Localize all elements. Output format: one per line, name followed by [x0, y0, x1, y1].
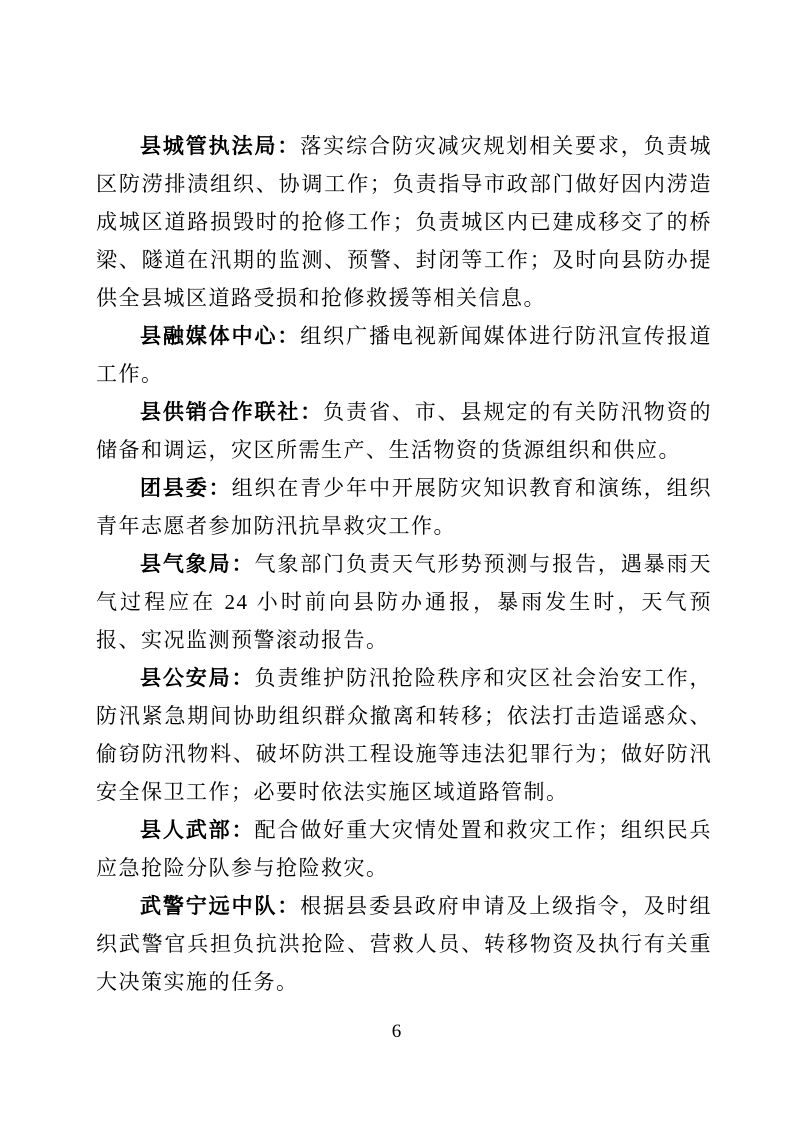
department-name: 武警宁远中队：: [140, 894, 300, 918]
document-page: 县城管执法局：落实综合防灾减灾规划相关要求，负责城区防涝排渍组织、协调工作；负责…: [0, 0, 793, 1122]
department-name: 县气象局：: [140, 552, 254, 576]
page-number: 6: [0, 1018, 793, 1046]
department-name: 县供销合作联社：: [140, 400, 323, 424]
para-public-security-bureau: 县公安局：负责维护防汛抢险秩序和灾区社会治安工作，防汛紧急期间协助组织群众撤离和…: [96, 659, 712, 811]
department-name: 团县委：: [140, 476, 232, 500]
department-name: 县城管执法局：: [140, 134, 300, 158]
department-name: 县人武部：: [140, 818, 254, 842]
document-body: 县城管执法局：落实综合防灾减灾规划相关要求，负责城区防涝排渍组织、协调工作；负责…: [96, 127, 712, 1001]
department-name: 县公安局：: [140, 666, 254, 690]
paragraph-text: 落实综合防灾减灾规划相关要求，负责城区防涝排渍组织、协调工作；负责指导市政部门做…: [96, 134, 712, 310]
para-armed-police-squadron: 武警宁远中队：根据县委县政府申请及上级指令，及时组织武警官兵担负抗洪抢险、营救人…: [96, 887, 712, 1001]
para-urban-management-bureau: 县城管执法局：落实综合防灾减灾规划相关要求，负责城区防涝排渍组织、协调工作；负责…: [96, 127, 712, 317]
para-media-center: 县融媒体中心：组织广播电视新闻媒体进行防汛宣传报道工作。: [96, 317, 712, 393]
para-peoples-armed-forces-dept: 县人武部：配合做好重大灾情处置和救灾工作；组织民兵应急抢险分队参与抢险救灾。: [96, 811, 712, 887]
department-name: 县融媒体中心：: [140, 324, 300, 348]
para-supply-marketing-coop: 县供销合作联社：负责省、市、县规定的有关防汛物资的储备和调运，灾区所需生产、生活…: [96, 393, 712, 469]
para-communist-youth-league: 团县委：组织在青少年中开展防灾知识教育和演练，组织青年志愿者参加防汛抗旱救灾工作…: [96, 469, 712, 545]
para-meteorological-bureau: 县气象局：气象部门负责天气形势预测与报告，遇暴雨天气过程应在 24 小时前向县防…: [96, 545, 712, 659]
